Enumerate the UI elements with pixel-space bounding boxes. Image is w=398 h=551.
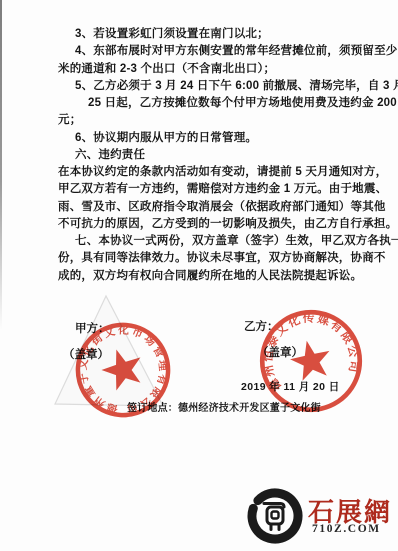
site-logo-icon bbox=[246, 487, 304, 545]
contract-line: 雨、雪及市、区政府指令取消展会（依据政府部门通知）等其他 bbox=[58, 199, 392, 216]
contract-body: 3、若设置彩虹门须设置在南门以北； 4、东部布展时对甲方东侧安置的常年经营摊位前… bbox=[58, 26, 392, 285]
star-icon bbox=[287, 337, 334, 383]
star-icon bbox=[97, 343, 148, 393]
contract-line: 成的，双方均有权向合同履约所在地的人民法院提起诉讼。 bbox=[58, 268, 392, 285]
contract-scan-page: 3、若设置彩虹门须设置在南门以北； 4、东部布展时对甲方东侧安置的常年经营摊位前… bbox=[0, 0, 398, 551]
contract-section-title: 六、违约责任 bbox=[58, 147, 392, 164]
site-url: 710Z.COM bbox=[312, 523, 381, 535]
contract-line: 不可抗力的原因，乙方受到的一切影响及损失，由乙方自行承担。 bbox=[58, 216, 392, 233]
party-b-company-seal: 德州恒泰文化传媒有限公司 bbox=[248, 298, 374, 424]
contract-line: 七、本协议一式两份，双方盖章（签字）生效，甲乙双方各执一 bbox=[58, 233, 392, 250]
contract-line: 米的通道和 2-3 个出口（不含南北出口）； bbox=[58, 61, 392, 78]
contract-line: 3、若设置彩虹门须设置在南门以北； bbox=[58, 26, 392, 43]
contract-line: 25 日起，乙方按摊位数每个付甲方场地使用费及违约金 200 bbox=[58, 95, 392, 112]
contract-line: 6、协议期内服从甲方的日常管理。 bbox=[58, 130, 392, 147]
contract-line: 4、东部布展时对甲方东侧安置的常年经营摊位前，须预留至少 2 bbox=[58, 43, 392, 60]
contract-line: 甲乙双方若有一方违约，需赔偿对方违约金 1 万元。由于地震、 bbox=[58, 181, 392, 198]
contract-line: 5、乙方必须于 3 月 24 日下午 6:00 前撤展、清场完毕，自 3 月 bbox=[58, 78, 392, 95]
contract-line: 在本协议约定的条款内活动如有变动，请提前 5 天月通知对方， bbox=[58, 164, 392, 181]
contract-line: 份，具有同等法律效力。协议未尽事宜，双方协商解决，协商不 bbox=[58, 250, 392, 267]
contract-line: 元； bbox=[58, 112, 392, 129]
